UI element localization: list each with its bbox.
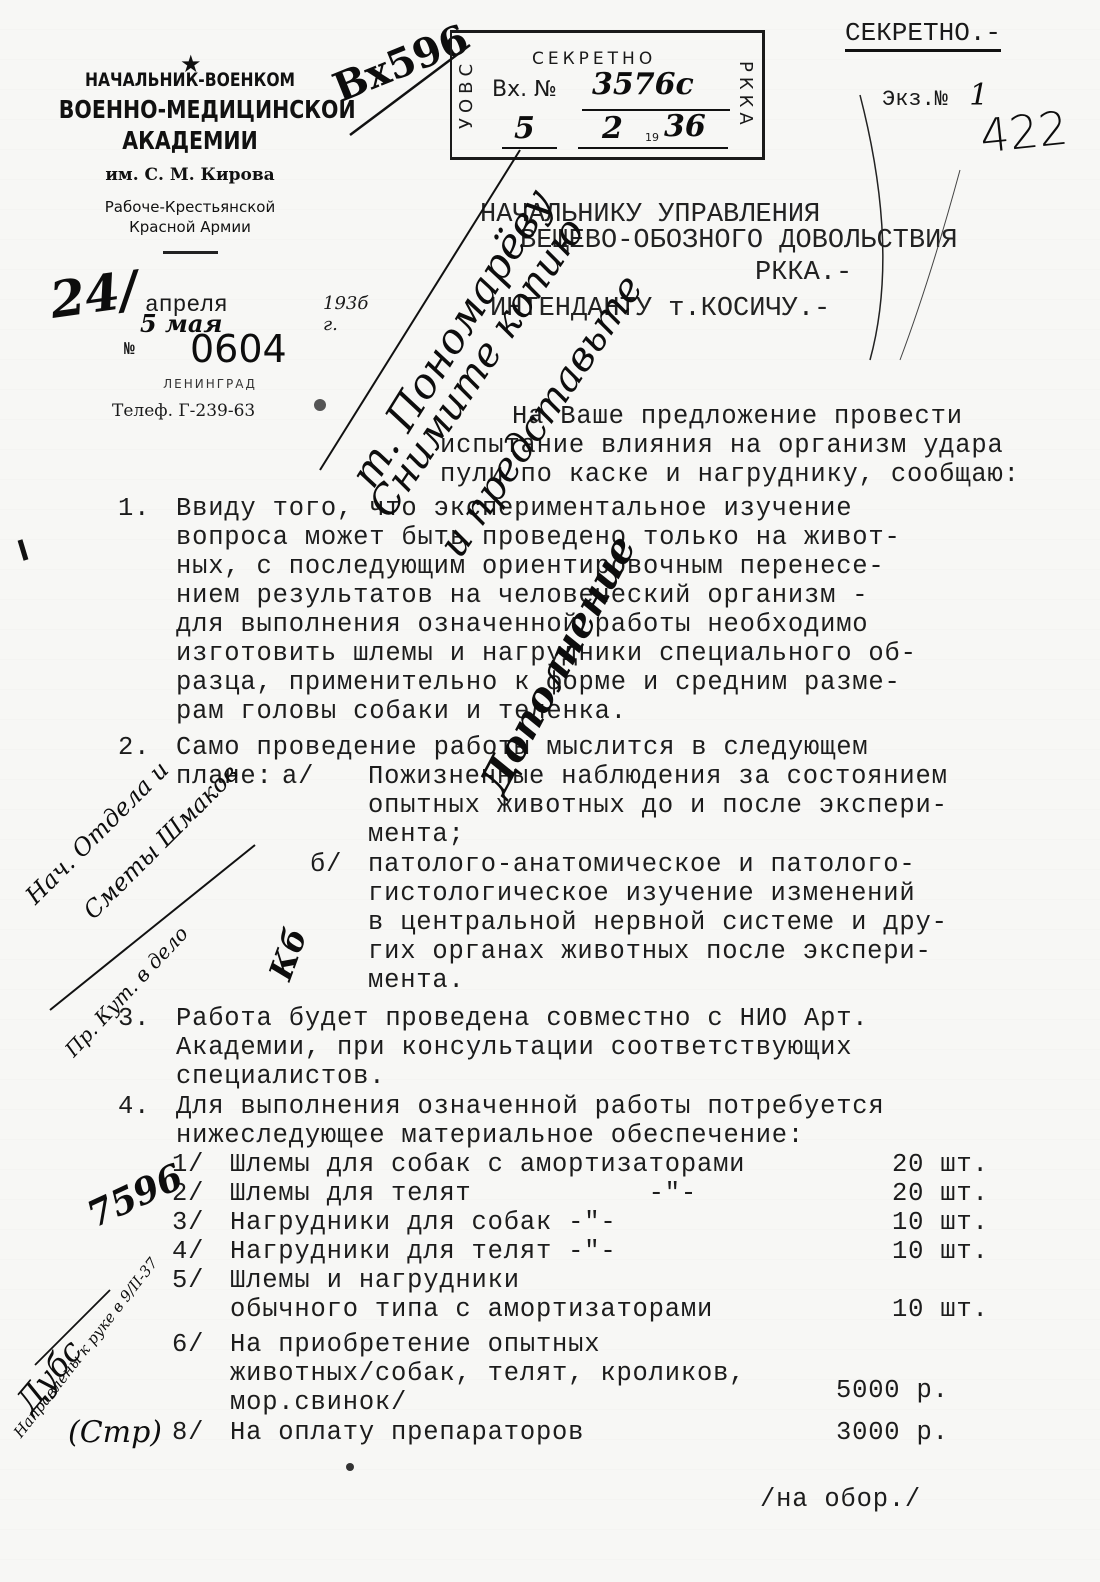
stamp-day-underline (502, 147, 557, 149)
supply-item-quantity: 3000 р. (836, 1418, 949, 1447)
letterhead-divider (163, 251, 218, 254)
letterhead-institution: ВОЕННО-МЕДИЦИНСКОЙ (59, 95, 321, 124)
pen-curve-right-2 (900, 170, 960, 360)
secret-registration-stamp: УОВС РККА СЕКРЕТНО Вх. № 3576с 5 2 19 36 (450, 30, 765, 160)
stamp-year-underline (578, 147, 728, 149)
letterhead-named-after: им. С. М. Кирова (30, 165, 350, 185)
paragraph-1-line: Ввиду того, что экспериментальное изучен… (176, 494, 852, 523)
stamp-date-month: 2 (602, 111, 623, 146)
handwritten-outgoing-number: 0604 (190, 327, 287, 371)
paragraph-2-subitem-line: опытных животных до и после экспери- (368, 791, 948, 820)
paragraph-2-subitem-line: мента. (368, 966, 465, 995)
supply-item-text: обычного типа с амортизаторами (230, 1295, 713, 1324)
supply-item-text: Нагрудники для телят -"- (230, 1237, 616, 1266)
paragraph-2-subitem-line: гих органах животных после экспери- (368, 937, 932, 966)
margin-note-page: (Стр) (68, 1415, 162, 1450)
supply-item-text: мор.свинок/ (230, 1388, 407, 1417)
paragraph-3-line: специалистов. (176, 1062, 385, 1091)
paragraph-3-line: Академии, при консультации соответствующ… (176, 1033, 852, 1062)
supply-item-quantity: 20 шт. (892, 1150, 989, 1179)
copy-number-label: Экз.№ (882, 87, 948, 112)
archival-document-page: ★ НАЧАЛЬНИК-ВОЕНКОМ ВОЕННО-МЕДИЦИНСКОЙ А… (0, 0, 1100, 1582)
paragraph-2-number: 2. (118, 733, 150, 762)
stamp-incoming-number: 3576с (592, 67, 694, 102)
paragraph-2-subitem-label: б/ (310, 850, 342, 879)
letterhead-army-line2: Красной Армии (30, 217, 350, 237)
supply-item-text: Шлемы для телят -"- (230, 1179, 697, 1208)
paragraph-2-subitem-line: гистологическое изучение изменений (368, 879, 915, 908)
margin-note-sent: Направлены к руке в 9/II-37 (10, 1254, 161, 1441)
stamp-side-left: УОВС (456, 39, 478, 149)
paragraph-2-subitem-line: Пожизненные наблюдения за состоянием (368, 762, 948, 791)
ink-dot (346, 1463, 354, 1471)
supply-item-quantity: 5000 р. (836, 1376, 949, 1405)
supply-item-quantity: 20 шт. (892, 1179, 989, 1208)
copy-number: Экз.№ 1 (882, 78, 988, 113)
paragraph-2-subitem-line: в центральной нервной системе и дру- (368, 908, 948, 937)
copy-number-value: 1 (969, 78, 988, 113)
stamp-year-prefix: 19 (645, 131, 659, 144)
supply-item-quantity: 10 шт. (892, 1295, 989, 1324)
city-label: ЛЕНИНГРАД (140, 377, 280, 391)
stamp-incoming-label: Вх. № (492, 77, 557, 102)
letterhead: ★ НАЧАЛЬНИК-ВОЕНКОМ ВОЕННО-МЕДИЦИНСКОЙ А… (30, 55, 350, 254)
paragraph-1-line: ных, с последующим ориентировочным перен… (176, 552, 885, 581)
stamp-title: СЕКРЕТНО (532, 49, 656, 69)
supply-item-text: Шлемы для собак с амортизаторами (230, 1150, 745, 1179)
margin-note-file: Пр. Кут. в дело (60, 921, 193, 1061)
supply-item-text: На приобретение опытных (230, 1330, 600, 1359)
stamp-date-year: 36 (664, 109, 706, 144)
letterhead-academy: АКАДЕМИИ (59, 126, 321, 155)
ink-blot (314, 399, 326, 411)
supply-item-label: 5/ (172, 1266, 204, 1295)
paragraph-2-subitem-label: а/ (282, 762, 314, 791)
supply-item-label: 6/ (172, 1330, 204, 1359)
supply-item-label: 8/ (172, 1418, 204, 1447)
letterhead-army: Рабоче-Крестьянской Красной Армии (30, 197, 350, 237)
paragraph-1-number: 1. (118, 494, 150, 523)
paragraph-4-number: 4. (118, 1092, 150, 1121)
stamp-side-right: РККА (734, 45, 756, 145)
supply-item-label: 4/ (172, 1237, 204, 1266)
paragraph-4-line: нижеследующее материальное обеспечение: (176, 1121, 804, 1150)
margin-initials: Кб (261, 923, 315, 985)
paragraph-2-subitem-line: патолого-анатомическое и патолого- (368, 850, 915, 879)
stamp-date-day: 5 (514, 111, 535, 146)
supply-item-quantity: 10 шт. (892, 1237, 989, 1266)
supply-item-text: Нагрудники для собак -"- (230, 1208, 616, 1237)
paragraph-2-subitem-line: мента; (368, 820, 465, 849)
paragraph-4-line: Для выполнения означенной работы потребу… (176, 1092, 885, 1121)
number-label: № (124, 340, 135, 360)
margin-mark (20, 540, 26, 560)
paragraph-1-line: вопроса может быть проведено только на ж… (176, 523, 901, 552)
supply-item-text: На оплату препараторов (230, 1418, 584, 1447)
supply-item-label: 3/ (172, 1208, 204, 1237)
paragraph-3-line: Работа будет проведена совместно с НИО А… (176, 1004, 868, 1033)
letterhead-army-line1: Рабоче-Крестьянской (30, 197, 350, 217)
addressee-line-3: РККА.- (755, 258, 852, 288)
handwritten-day: 24/ (46, 259, 141, 330)
classification-label: СЕКРЕТНО.- (845, 18, 1001, 52)
date-year: 193б г. (323, 293, 368, 335)
intro-line-1: На Ваше предложение провести (512, 402, 963, 431)
phone-number: Телеф. Г-239-63 (112, 401, 255, 421)
continued-overleaf: /на обор./ (760, 1485, 921, 1514)
handwritten-reference-number: 422 (977, 101, 1070, 164)
paragraph-1-line: для выполнения означенной работы необход… (176, 610, 868, 639)
paragraph-1-line: нием результатов на человеческий организ… (176, 581, 868, 610)
letterhead-title: НАЧАЛЬНИК-ВОЕНКОМ (59, 69, 321, 91)
supply-item-text: животных/собак, телят, кроликов, (230, 1359, 745, 1388)
supply-item-text: Шлемы и нагрудники (230, 1266, 520, 1295)
supply-item-quantity: 10 шт. (892, 1208, 989, 1237)
